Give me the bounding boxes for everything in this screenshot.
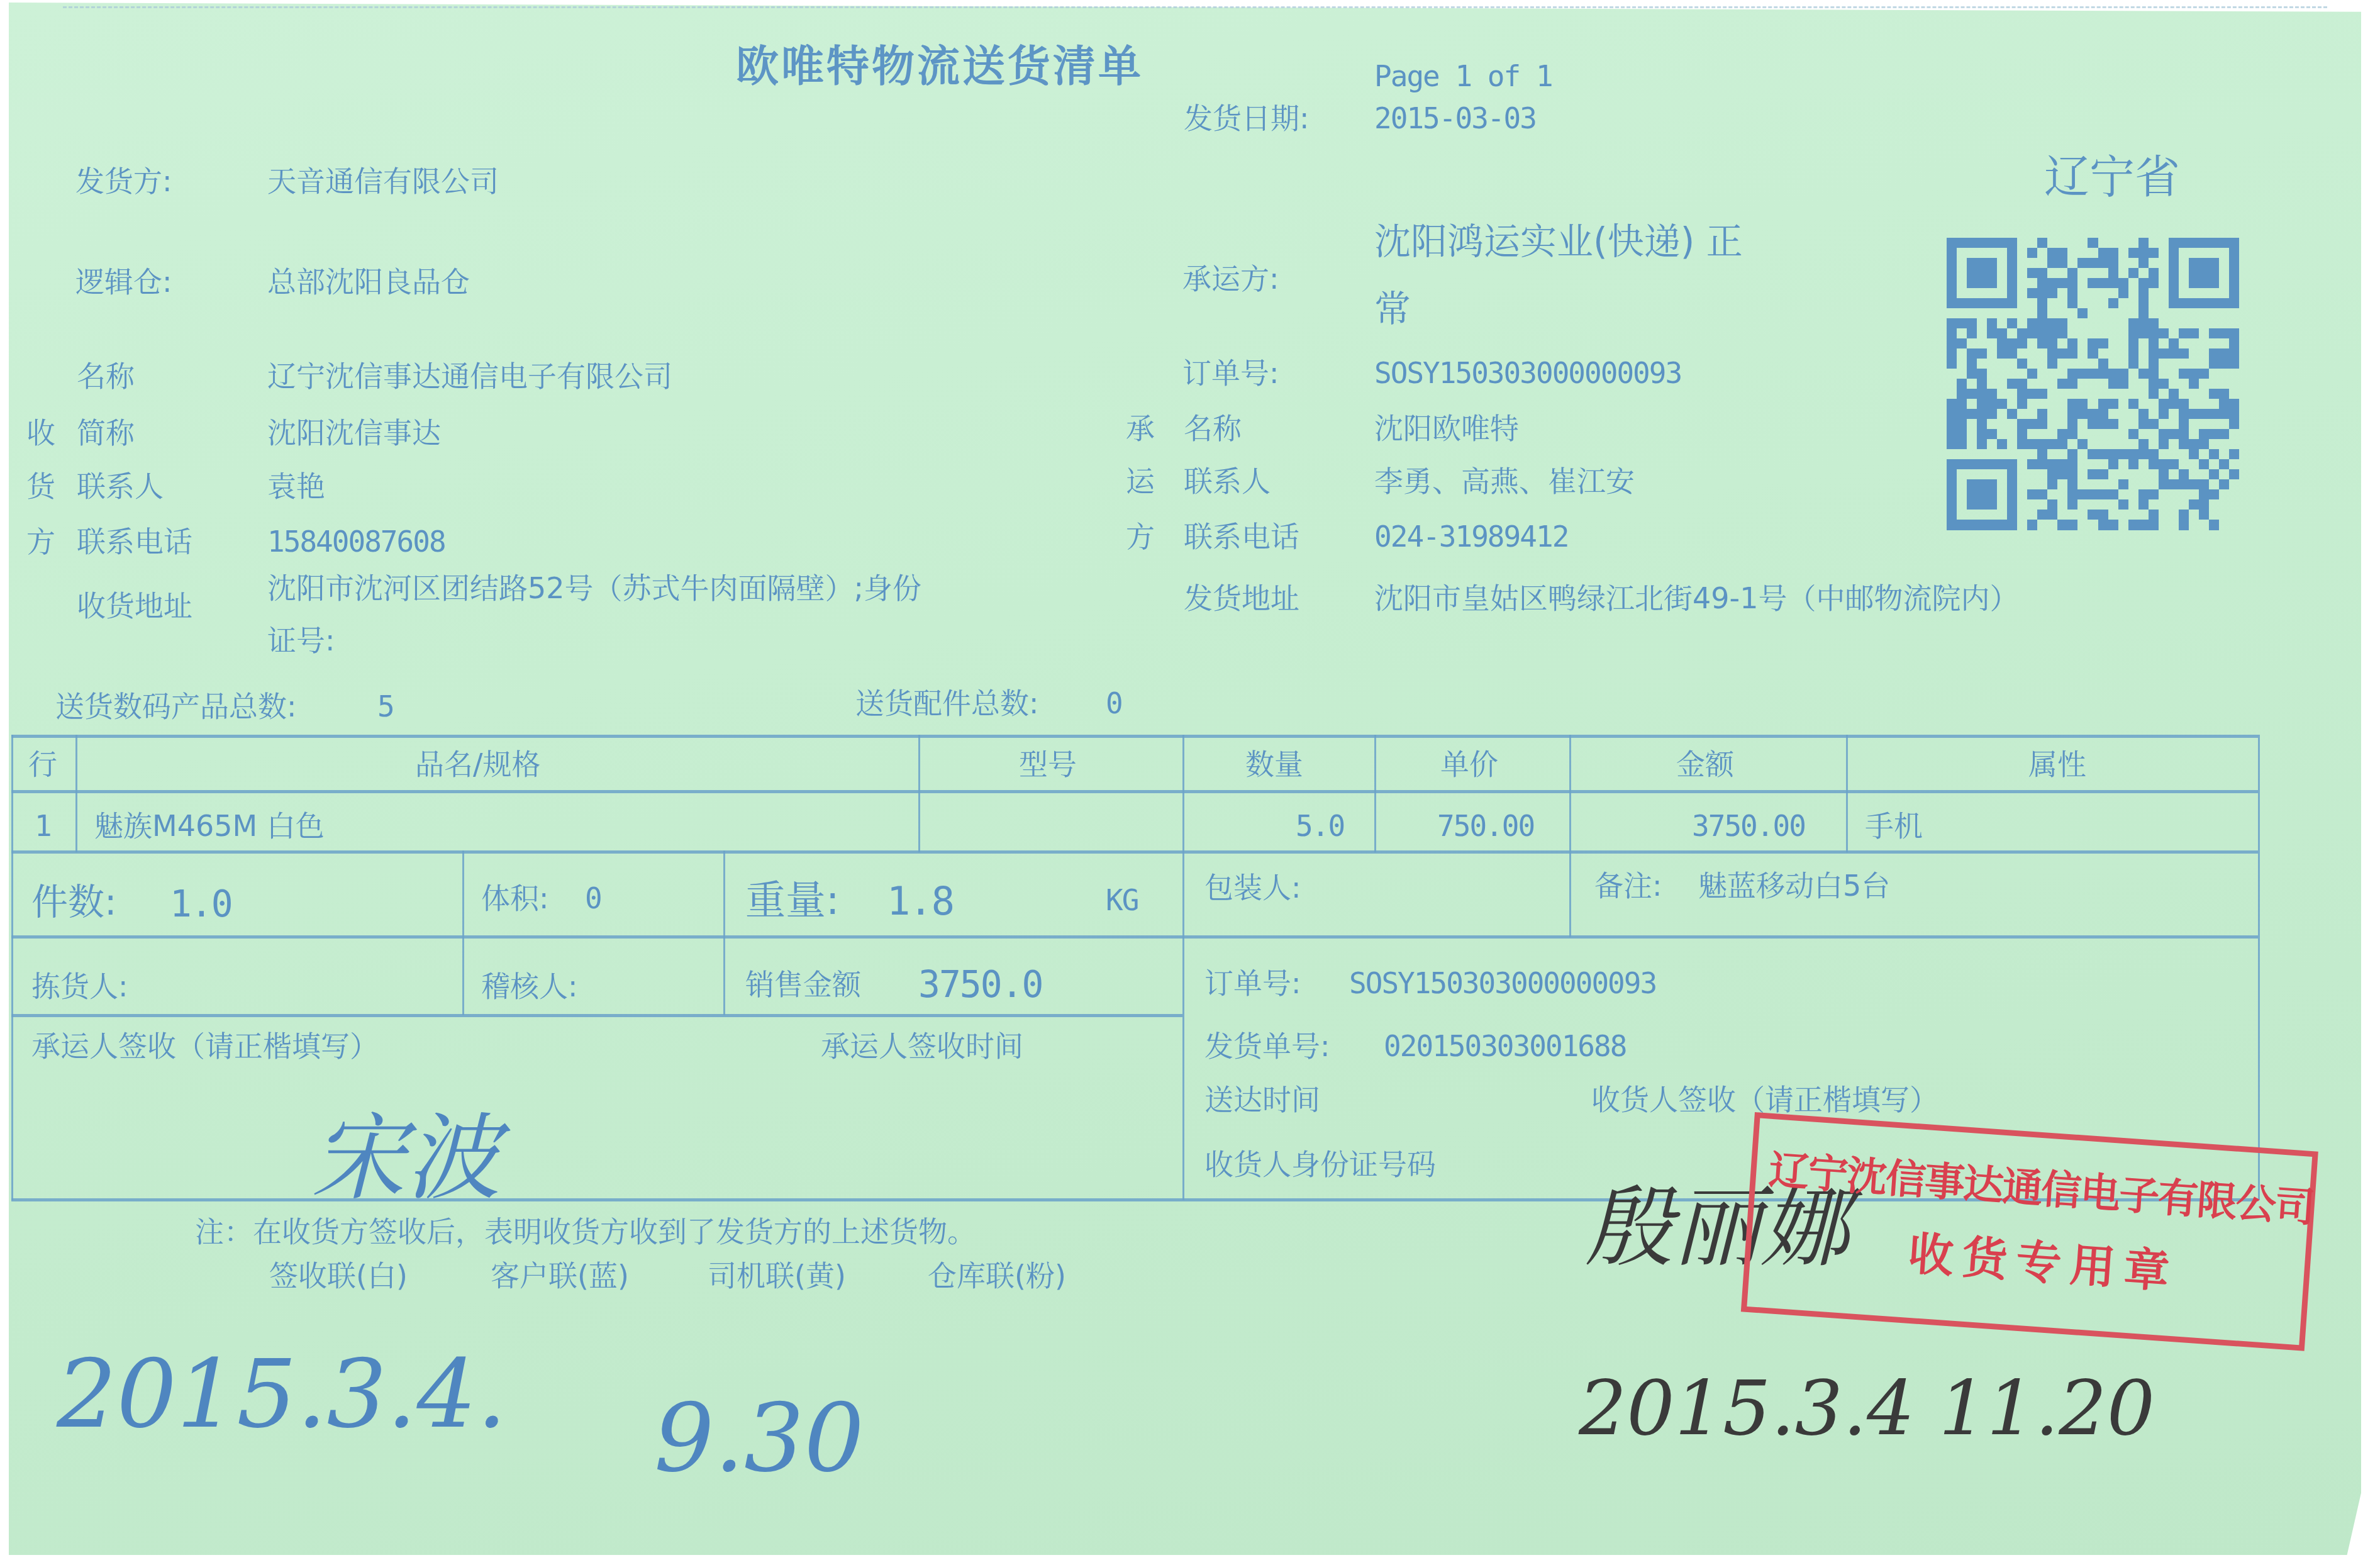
summary-divider-2 xyxy=(11,1014,1182,1017)
consignee-phone: 15840087608 xyxy=(267,527,445,556)
stamp-company-name: 辽宁沈信事达通信电子有限公司 xyxy=(1767,1138,2316,1234)
company-receipt-stamp: 辽宁沈信事达通信电子有限公司 收货专用章 xyxy=(1741,1112,2318,1351)
consignee-phone-label: 联系电话 xyxy=(77,527,192,556)
checker-label: 稽核人: xyxy=(481,972,578,1001)
col-header-amount: 金额 xyxy=(1676,750,1734,779)
picker-label: 拣货人: xyxy=(31,972,128,1001)
packer-label: 包装人: xyxy=(1204,873,1301,902)
delivery-time-label: 送达时间 xyxy=(1204,1085,1320,1114)
table-border-top xyxy=(11,735,2258,738)
carrier-side-label-2: 运 xyxy=(1126,467,1155,496)
carrier-handwritten-signature: 宋波 xyxy=(311,1082,500,1218)
consignee-address-line2: 证号: xyxy=(267,626,335,655)
table-row-divider xyxy=(11,850,2258,854)
col-header-name: 品名/规格 xyxy=(415,750,541,779)
ship-date-label: 发货日期: xyxy=(1184,104,1310,133)
carrier-contact: 李勇、高燕、崔江安 xyxy=(1374,467,1635,496)
carrier-handwritten-time: 9.30 xyxy=(654,1384,864,1493)
copy-label-yellow: 司机联(黄) xyxy=(708,1261,846,1290)
carrier-label: 承运方: xyxy=(1182,264,1279,293)
carrier-side-label-1: 承 xyxy=(1126,414,1155,443)
col-divider xyxy=(1846,735,1848,852)
warehouse-label: 逻辑仓: xyxy=(75,267,172,296)
row-qty: 5.0 xyxy=(1296,811,1344,840)
col-divider xyxy=(462,850,464,1015)
carrier-name-label: 名称 xyxy=(1184,414,1242,443)
remark-label: 备注: xyxy=(1594,871,1662,900)
volume-value: 0 xyxy=(585,884,601,913)
receiver-id-label: 收货人身份证号码 xyxy=(1204,1150,1436,1179)
consignee-contact-label: 联系人 xyxy=(77,472,164,501)
shipper-label: 发货方: xyxy=(75,167,172,196)
table-border-left xyxy=(11,735,13,1200)
consignee-address-label: 收货地址 xyxy=(77,591,192,620)
consignee-short-label: 简称 xyxy=(77,418,135,447)
row-product-name: 魅族M465M 白色 xyxy=(94,811,325,840)
receiver-sign-label: 收货人签收（请正楷填写） xyxy=(1591,1085,1938,1114)
carrier-handwritten-date: 2015.3.4. xyxy=(57,1340,507,1449)
consignee-contact: 袁艳 xyxy=(267,472,325,501)
copy-label-blue: 客户联(蓝) xyxy=(491,1261,629,1290)
weight-unit: KG xyxy=(1106,886,1138,915)
consignee-side-label-2: 货 xyxy=(26,472,55,501)
pieces-label: 件数: xyxy=(31,884,117,920)
pieces-value: 1.0 xyxy=(170,886,232,922)
table-border-right xyxy=(2258,735,2260,1200)
weight-label: 重量: xyxy=(745,881,840,921)
col-divider xyxy=(918,735,920,852)
ship-address: 沈阳市皇姑区鸭绿江北街49-1号（中邮物流院内） xyxy=(1374,584,2018,613)
footer-note: 注：在收货方签收后，表明收货方收到了发货方的上述货物。 xyxy=(195,1217,976,1246)
copy-label-white: 签收联(白) xyxy=(269,1261,408,1290)
weight-value: 1.8 xyxy=(887,882,954,921)
warehouse-value: 总部沈阳良品仓 xyxy=(267,267,470,296)
carrier-phone-label: 联系电话 xyxy=(1184,522,1299,551)
accessory-total-value: 0 xyxy=(1106,689,1122,718)
carrier-value-line2: 常 xyxy=(1374,291,1411,327)
consignee-address-line1: 沈阳市沈河区团结路52号（苏式牛肉面隔壁）;身份 xyxy=(267,574,921,603)
digital-total-value: 5 xyxy=(377,692,394,721)
perforation-edge xyxy=(63,6,2327,8)
consignee-name: 辽宁沈信事达通信电子有限公司 xyxy=(267,362,672,391)
row-amount: 3750.00 xyxy=(1692,811,1805,840)
ship-no-label: 发货单号: xyxy=(1204,1032,1330,1061)
remark-value: 魅蓝移动白5台 xyxy=(1698,871,1890,900)
col-header-attr: 属性 xyxy=(2028,750,2086,779)
document-title: 欧唯特物流送货清单 xyxy=(736,45,1143,88)
col-divider xyxy=(75,735,77,852)
col-divider xyxy=(723,850,725,1015)
carrier-value-line1: 沈阳鸿运实业(快递) 正 xyxy=(1374,223,1743,260)
copy-label-pink: 仓库联(粉) xyxy=(928,1261,1066,1290)
summary-divider xyxy=(11,935,2258,939)
col-header-model: 型号 xyxy=(1019,750,1077,779)
digital-total-label: 送货数码产品总数: xyxy=(55,692,297,721)
ship-address-label: 发货地址 xyxy=(1184,584,1299,613)
page-indicator: Page 1 of 1 xyxy=(1374,62,1552,91)
row-attribute: 手机 xyxy=(1865,811,1923,840)
carrier-contact-label: 联系人 xyxy=(1184,467,1271,496)
volume-label: 体积: xyxy=(481,884,549,913)
ship-no-value: 020150303001688 xyxy=(1384,1032,1626,1061)
consignee-short: 沈阳沈信事达 xyxy=(267,418,441,447)
receiver-handwritten-datetime: 2015.3.4 11.20 xyxy=(1579,1365,2155,1452)
order-no-value: SOSY150303000000093 xyxy=(1374,359,1681,387)
col-header-qty: 数量 xyxy=(1245,750,1303,779)
carrier-name: 沈阳欧唯特 xyxy=(1374,414,1519,443)
consignee-name-label: 名称 xyxy=(77,362,135,391)
carrier-sign-label: 承运人签收（请正楷填写） xyxy=(31,1032,379,1061)
consignee-side-label-3: 方 xyxy=(26,527,55,556)
carrier-phone: 024-31989412 xyxy=(1374,522,1568,551)
stamp-purpose: 收货专用章 xyxy=(1906,1217,2181,1301)
row-line-no: 1 xyxy=(35,811,51,840)
bottom-order-value: SOSY150303000000093 xyxy=(1349,969,1656,998)
table-header-divider xyxy=(11,790,2258,793)
row-unit-price: 750.00 xyxy=(1437,811,1534,840)
accessory-total-label: 送货配件总数: xyxy=(855,689,1039,718)
order-no-label: 订单号: xyxy=(1182,359,1279,387)
ship-date-value: 2015-03-03 xyxy=(1374,104,1536,133)
col-header-line: 行 xyxy=(28,750,57,779)
qr-code-icon xyxy=(1947,236,2239,532)
shipper-value: 天音通信有限公司 xyxy=(267,167,499,196)
col-divider xyxy=(1374,735,1376,852)
consignee-side-label-1: 收 xyxy=(26,418,55,447)
province-label: 辽宁省 xyxy=(2044,154,2180,199)
sales-amount-label: 销售金额 xyxy=(745,970,861,999)
sales-amount-value: 3750.0 xyxy=(918,966,1043,1003)
carrier-side-label-3: 方 xyxy=(1126,522,1155,551)
col-divider xyxy=(1182,735,1184,1200)
carrier-sign-time-label: 承运人签收时间 xyxy=(821,1032,1023,1061)
col-divider xyxy=(1569,735,1571,937)
bottom-order-label: 订单号: xyxy=(1204,969,1301,998)
col-header-unit-price: 单价 xyxy=(1440,750,1498,779)
